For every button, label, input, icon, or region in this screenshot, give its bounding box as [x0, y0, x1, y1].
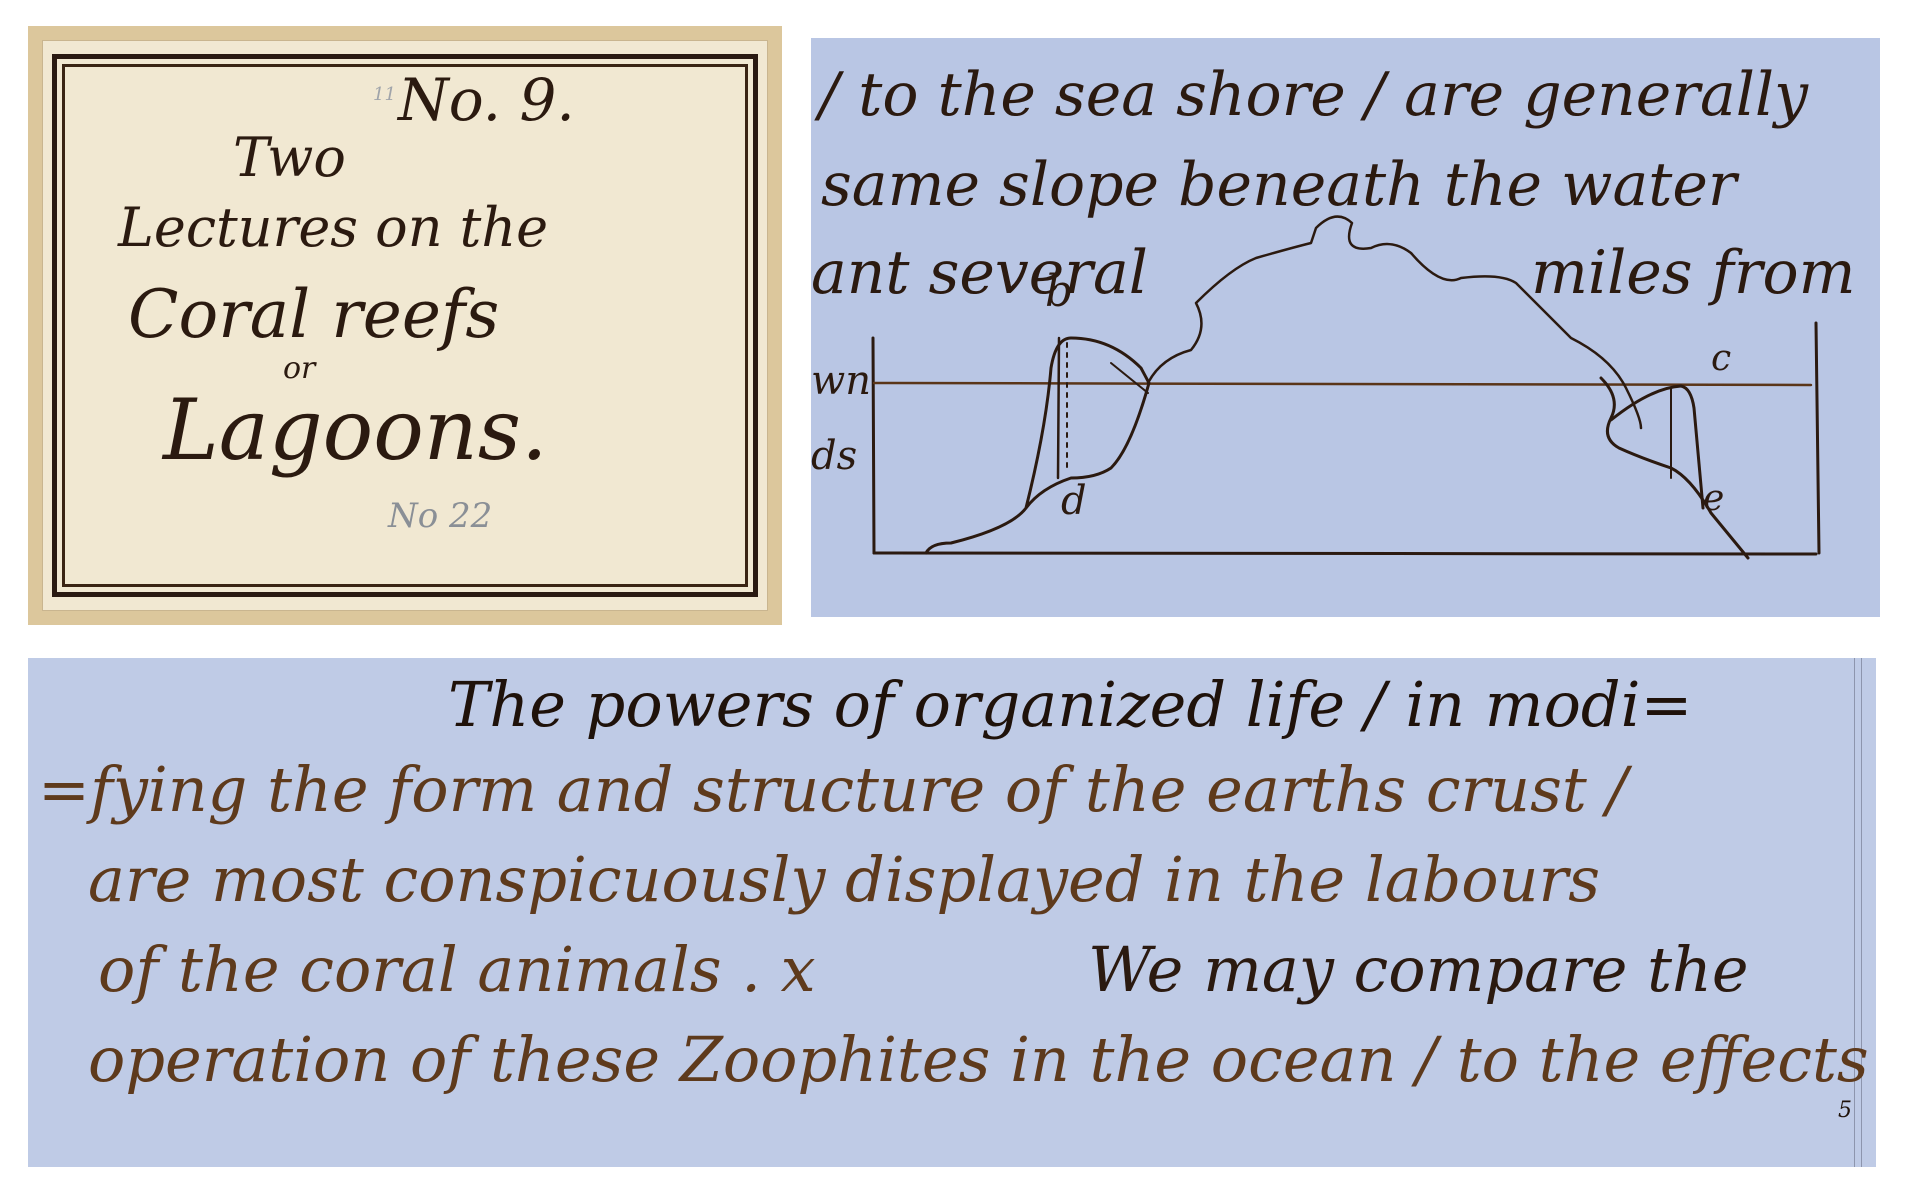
label-b: b — [1045, 266, 1073, 317]
text-line-1: The powers of organized life / in modi= — [448, 668, 1692, 741]
label-c: c — [1711, 338, 1731, 379]
text-line-2: =fying the form and structure of the ear… — [38, 753, 1627, 826]
page-mark: 5 — [1838, 1098, 1852, 1123]
text-line-4b: We may compare the — [1088, 933, 1749, 1006]
card-line-lectures: Lectures on the — [118, 196, 548, 259]
label-d: d — [1061, 478, 1087, 524]
card-line-two: Two — [233, 126, 346, 189]
label-e: e — [1703, 478, 1724, 519]
text-line-4: of the coral animals . x — [98, 933, 816, 1006]
card-line-coral-reefs: Coral reefs — [128, 276, 499, 353]
pencil-number: No 22 — [388, 496, 492, 536]
coral-reef-cross-section-diagram — [811, 38, 1880, 617]
title-card-image: 11 No. 9. Two Lectures on the Coral reef… — [28, 26, 782, 625]
card-line-lagoons: Lagoons. — [163, 381, 548, 479]
text-line-5: operation of these Zoophites in the ocea… — [88, 1023, 1869, 1096]
text-line-3: are most conspicuously displayed in the … — [88, 843, 1600, 916]
card-number: No. 9. — [398, 66, 575, 134]
diagram-page-image: / to the sea shore / are generally same … — [811, 38, 1880, 617]
text-page-image: The powers of organized life / in modi= … — [28, 658, 1876, 1167]
pencil-note: 11 — [373, 84, 396, 105]
